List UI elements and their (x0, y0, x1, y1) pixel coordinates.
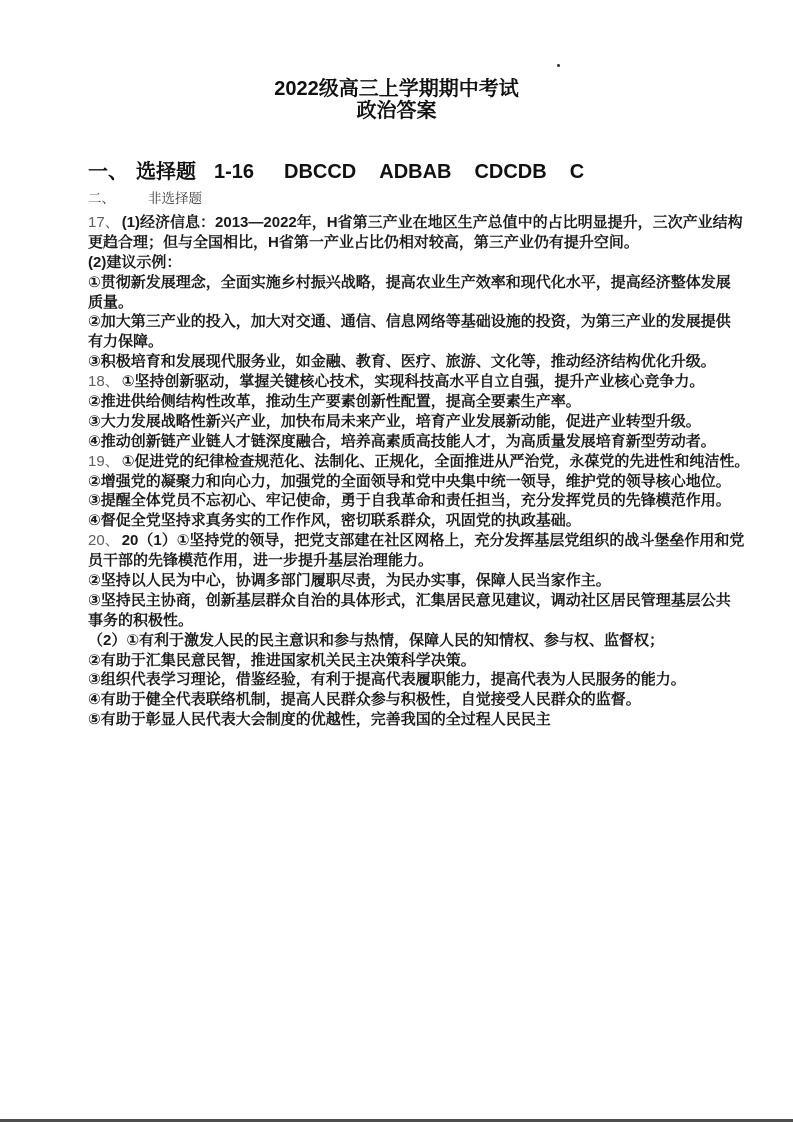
answer-line: ③坚持民主协商，创新基层群众自治的具体形式，汇集居民意见建议，调动社区居民管理基… (88, 591, 733, 611)
answer-line: 员干部的先锋模范作用，进一步提升基层治理能力。 (88, 551, 733, 571)
answer-text: ③积极培育和发展现代服务业，如金融、教育、医疗、旅游、文化等，推动经济结构优化升… (88, 353, 716, 370)
nonchoice-section-heading: 二、非选择题 (88, 187, 733, 207)
answer-line: ③积极培育和发展现代服务业，如金融、教育、医疗、旅游、文化等，推动经济结构优化升… (88, 352, 733, 372)
answer-line: ③大力发展战略性新兴产业，加快布局未来产业，培育产业发展新动能，促进产业转型升级… (88, 412, 733, 432)
answer-line: 18、①坚持创新驱动，掌握关键核心技术，实现科技高水平自立自强，提升产业核心竞争… (88, 372, 733, 392)
answer-line: 更趋合理；但与全国相比，H省第一产业占比仍相对较高，第三产业仍有提升空间。 (88, 233, 733, 253)
answer-text: 20（1）①坚持党的领导，把党支部建在社区网格上，充分发挥基层党组织的战斗堡垒作… (122, 532, 745, 549)
choice-section-heading: 一、选择题1-16DBCCDADBABCDCDBC (88, 155, 733, 184)
answer-text: (1)经济信息：2013—2022年，H省第三产业在地区生产总值中的占比明显提升… (122, 214, 743, 231)
answer-group-3: CDCDB (474, 161, 546, 183)
answer-text: ④有助于健全代表联络机制，提高人民群众参与积极性，自觉接受人民群众的监督。 (88, 691, 641, 708)
answer-text: 事务的积极性。 (88, 612, 193, 629)
section-label: 非选择题 (148, 191, 202, 206)
answer-text: ①坚持创新驱动，掌握关键核心技术，实现科技高水平自立自强，提升产业核心竞争力。 (122, 373, 705, 390)
answer-text: ②加大第三产业的投入，加大对交通、通信、信息网络等基础设施的投资，为第三产业的发… (88, 313, 731, 330)
answer-line: ②推进供给侧结构性改革，推动生产要素创新性配置，提高全要素生产率。 (88, 392, 733, 412)
answer-text: 质量。 (88, 294, 133, 311)
answer-line: ②有助于汇集民意民智，推进国家机关民主决策科学决策。 (88, 651, 733, 671)
answer-text: 有力保障。 (88, 333, 163, 350)
answer-line: 19、①促进党的纪律检查规范化、法制化、正规化，全面推进从严治党，永葆党的先进性… (88, 452, 733, 472)
answer-text: 员干部的先锋模范作用，进一步提升基层治理能力。 (88, 552, 433, 569)
answer-line: ④推动创新链产业链人才链深度融合，培养高素质高技能人才，为高质量发展培育新型劳动… (88, 432, 733, 452)
document-title: 2022级高三上学期期中考试 政治答案 (0, 0, 793, 122)
document-content: 一、选择题1-16DBCCDADBABCDCDBC 二、非选择题 17、(1)经… (0, 155, 793, 730)
answer-text: ④督促全党坚持求真务实的工作作风，密切联系群众，巩固党的执政基础。 (88, 512, 581, 529)
answer-line: ③组织代表学习理论，借鉴经验，有利于提高代表履职能力，提高代表为人民服务的能力。 (88, 670, 733, 690)
answer-line: ⑤有助于彰显人民代表大会制度的优越性，完善我国的全过程人民民主 (88, 710, 733, 730)
question-number: 18、 (88, 373, 120, 390)
answer-group-4: C (570, 161, 584, 183)
answer-text: (2)建议示例： (88, 254, 181, 271)
answer-line: 事务的积极性。 (88, 611, 733, 631)
stray-dot-mark (557, 64, 560, 67)
answer-text: 更趋合理；但与全国相比，H省第一产业占比仍相对较高，第三产业仍有提升空间。 (88, 234, 639, 251)
answer-line: （2）①有利于激发人民的民主意识和参与热情，保障人民的知情权、参与权、监督权； (88, 631, 733, 651)
answer-line: ③提醒全体党员不忘初心、牢记使命，勇于自我革命和责任担当，充分发挥党员的先锋模范… (88, 491, 733, 511)
section-numeral: 一、 (88, 161, 128, 183)
answer-text: ⑤有助于彰显人民代表大会制度的优越性，完善我国的全过程人民民主 (88, 711, 551, 728)
answer-text: ②坚持以人民为中心，协调多部门履职尽责，为民办实事，保障人民当家作主。 (88, 572, 611, 589)
answer-text: ②推进供给侧结构性改革，推动生产要素创新性配置，提高全要素生产率。 (88, 393, 581, 410)
question-range: 1-16 (214, 161, 254, 183)
answer-line: 20、20（1）①坚持党的领导，把党支部建在社区网格上，充分发挥基层党组织的战斗… (88, 531, 733, 551)
answer-text: ①促进党的纪律检查规范化、法制化、正规化，全面推进从严治党，永葆党的先进性和纯洁… (122, 453, 750, 470)
document-title-line1: 2022级高三上学期期中考试 (0, 78, 793, 100)
answer-line: (2)建议示例： (88, 253, 733, 273)
answer-text: ③提醒全体党员不忘初心、牢记使命，勇于自我革命和责任担当，充分发挥党员的先锋模范… (88, 492, 731, 509)
question-number: 20、 (88, 532, 120, 549)
question-number: 17、 (88, 214, 120, 231)
document-page: 2022级高三上学期期中考试 政治答案 一、选择题1-16DBCCDADBABC… (0, 0, 793, 1122)
answer-group-2: ADBAB (379, 161, 451, 183)
answer-group-1: DBCCD (284, 161, 356, 183)
answer-line: ①贯彻新发展理念，全面实施乡村振兴战略，提高农业生产效率和现代化水平，提高经济整… (88, 273, 733, 293)
answer-text: ①贯彻新发展理念，全面实施乡村振兴战略，提高农业生产效率和现代化水平，提高经济整… (88, 274, 731, 291)
answer-line: ②增强党的凝聚力和向心力，加强党的全面领导和党中央集中统一领导，维护党的领导核心… (88, 472, 733, 492)
answer-line: 质量。 (88, 293, 733, 313)
answer-text: ②有助于汇集民意民智，推进国家机关民主决策科学决策。 (88, 652, 476, 669)
answer-line: 有力保障。 (88, 332, 733, 352)
answer-line: ②坚持以人民为中心，协调多部门履职尽责，为民办实事，保障人民当家作主。 (88, 571, 733, 591)
document-title-line2: 政治答案 (0, 100, 793, 122)
question-number: 19、 (88, 453, 120, 470)
section-numeral: 二、 (88, 191, 115, 206)
section-label: 选择题 (136, 161, 196, 183)
answer-text: ③坚持民主协商，创新基层群众自治的具体形式，汇集居民意见建议，调动社区居民管理基… (88, 592, 731, 609)
answer-text: ③组织代表学习理论，借鉴经验，有利于提高代表履职能力，提高代表为人民服务的能力。 (88, 671, 686, 688)
answer-line: 17、(1)经济信息：2013—2022年，H省第三产业在地区生产总值中的占比明… (88, 213, 733, 233)
answer-text: ②增强党的凝聚力和向心力，加强党的全面领导和党中央集中统一领导，维护党的领导核心… (88, 473, 731, 490)
answer-line: ②加大第三产业的投入，加大对交通、通信、信息网络等基础设施的投资，为第三产业的发… (88, 312, 733, 332)
answer-text: ③大力发展战略性新兴产业，加快布局未来产业，培育产业发展新动能，促进产业转型升级… (88, 413, 701, 430)
answer-lines: 17、(1)经济信息：2013—2022年，H省第三产业在地区生产总值中的占比明… (88, 213, 733, 730)
answer-text: （2）①有利于激发人民的民主意识和参与热情，保障人民的知情权、参与权、监督权； (88, 632, 664, 649)
answer-text: ④推动创新链产业链人才链深度融合，培养高素质高技能人才，为高质量发展培育新型劳动… (88, 433, 716, 450)
answer-line: ④有助于健全代表联络机制，提高人民群众参与积极性，自觉接受人民群众的监督。 (88, 690, 733, 710)
answer-line: ④督促全党坚持求真务实的工作作风，密切联系群众，巩固党的执政基础。 (88, 511, 733, 531)
